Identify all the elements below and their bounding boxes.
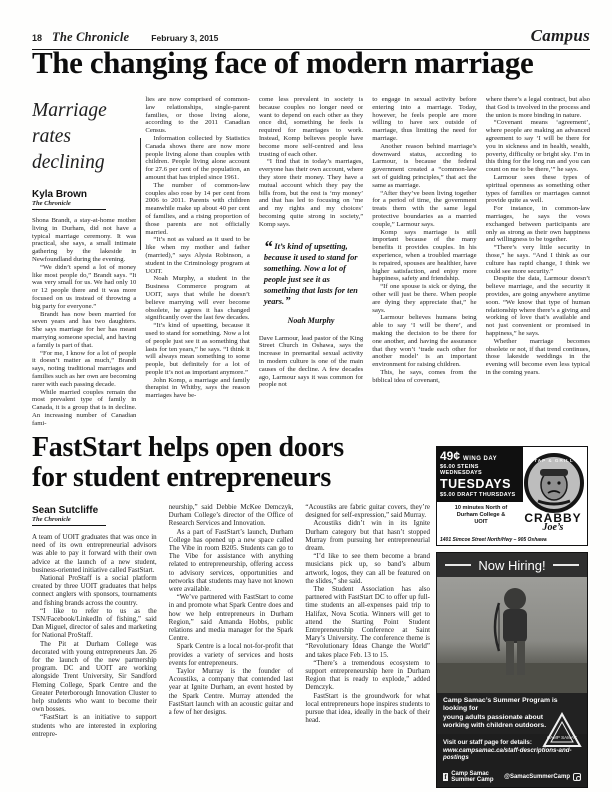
paragraph: “I’d like to see them become a brand mus… xyxy=(305,552,430,585)
joes-wordmark: Joe’s xyxy=(525,522,581,533)
paragraph: Spark Centre is a local not-for-profit t… xyxy=(169,642,294,667)
counselor-silhouette-icon xyxy=(437,577,588,693)
paragraph: “It’s kind of upsetting, because it used… xyxy=(145,322,249,377)
paragraph: Dave Larmour, lead pastor of the King St… xyxy=(259,335,363,390)
steins-special: $6.00 STEINS WEDNESDAYS xyxy=(440,464,520,476)
paragraph: Taylor Murray is the founder of Acoustik… xyxy=(169,667,294,716)
camp-samac-ad: Now Hiring! Camp Samac’s Summer Program … xyxy=(436,552,588,788)
article2-column-2: neurship,” said Debbie McKee Demczyk, Du… xyxy=(169,503,294,788)
paragraph: While married couples remain the most pr… xyxy=(32,389,136,428)
wing-day-special: 49¢ WING DAY xyxy=(440,449,520,463)
paragraph: “There’s very little security in those,”… xyxy=(486,244,590,275)
page-number: 18 xyxy=(32,33,42,43)
instagram-icon xyxy=(573,773,581,781)
issue-date: February 3, 2015 xyxy=(151,33,218,43)
column-divider xyxy=(140,138,141,250)
article1-column-4: to engage in sexual activity before ente… xyxy=(372,96,476,432)
newspaper-page: 18 The Chronicle February 3, 2015 Campus… xyxy=(0,0,612,792)
article-text-column: Dave Larmour, lead pastor of the King St… xyxy=(259,335,363,390)
paragraph: Larmour sees these types of spiritual op… xyxy=(486,174,590,205)
paragraph: “FastStart is an initiative to support s… xyxy=(32,713,157,738)
draft-special: $5.00 DRAFT THURSDAYS xyxy=(440,492,520,498)
paragraph: “There’s a tremendous ecosystem to suppo… xyxy=(305,659,430,692)
article2-headline-line2: for student entrepreneurs xyxy=(32,462,331,493)
article2-column-3: “Acoustiks are fabric guitar covers, the… xyxy=(305,503,430,788)
paragraph: Larmour believes humans being able to sa… xyxy=(372,314,476,369)
pull-quote-attribution: Noah Murphy xyxy=(264,316,358,325)
paragraph: National ProStaff is a social platform c… xyxy=(32,574,157,607)
now-hiring-banner: Now Hiring! xyxy=(437,553,587,577)
paragraph: For instance, in common-law marriages, h… xyxy=(486,205,590,244)
byline-author: Kyla Brown xyxy=(32,189,106,200)
paragraph: The Pit at Durham College was decorated … xyxy=(32,640,157,714)
paragraph: Shona Brandt, a stay-at-home mother livi… xyxy=(32,217,136,264)
camp-samac-badge-icon: CAMP SAMAC xyxy=(542,712,582,750)
paragraph: As a part of FastStart’s launch, Durham … xyxy=(169,528,294,594)
article1-body: Marriage rates declining Kyla Brown The … xyxy=(32,96,590,432)
pull-quote-text: It’s kind of upsetting, because it used … xyxy=(264,241,358,307)
camp-social-row: f Camp Samac Summer Camp @SamacSummerCam… xyxy=(443,771,581,783)
byline-author: Sean Sutcliffe xyxy=(32,505,106,516)
instagram-handle: @SamacSummerCamp xyxy=(504,773,581,781)
article1-byline: Kyla Brown The Chronicle xyxy=(32,189,106,210)
article-text-column: Shona Brandt, a stay-at-home mother livi… xyxy=(32,217,136,428)
paragraph: “I like to refer to us as the TSN/Facebo… xyxy=(32,607,157,640)
camp-details: Visit our staff page for details: www.ca… xyxy=(437,734,587,761)
paragraph: FastStart is the groundwork for what loc… xyxy=(305,692,430,725)
crabby-specials-panel: 49¢ WING DAY $6.00 STEINS WEDNESDAYS TUE… xyxy=(437,447,523,502)
paragraph: neurship,” said Debbie McKee Demczyk, Du… xyxy=(169,503,294,528)
paragraph: “It’s not as valued as it used to be lik… xyxy=(145,236,249,275)
crabby-location-text: 10 minutes North of Durham College & UOI… xyxy=(440,505,522,526)
paragraph: “For me, I know for a lot of people it d… xyxy=(32,350,136,389)
paragraph: John Komp, a marriage and family therapi… xyxy=(145,377,249,400)
article1-column-2: lies are now comprised of common-law rel… xyxy=(145,96,249,432)
byline-organization: The Chronicle xyxy=(32,516,106,523)
tap-and-grill-label: TAP & GRILL xyxy=(528,458,580,463)
paragraph: Despite the data, Larmour doesn’t believ… xyxy=(486,275,590,337)
section-label: Campus xyxy=(531,26,590,46)
paragraph: “I find that in today’s marriages, every… xyxy=(259,158,363,228)
publication-name: The Chronicle xyxy=(52,30,129,45)
paragraph: A team of UOIT graduates that was once i… xyxy=(32,533,157,574)
article2-headline-line1: FastStart helps open doors xyxy=(32,432,344,463)
facebook-label: Camp Samac Summer Camp xyxy=(451,771,504,783)
article-text-column: come less prevalent in society is becaus… xyxy=(259,96,363,229)
tuesday-label: TUESDAYS xyxy=(440,477,520,491)
article2-body: Sean Sutcliffe The Chronicle A team of U… xyxy=(32,503,430,788)
article1-column-3: come less prevalent in society is becaus… xyxy=(259,96,363,432)
paragraph: Noah Murphy, a student in the Business C… xyxy=(145,275,249,322)
article1-column-1: Marriage rates declining Kyla Brown The … xyxy=(32,96,136,432)
article2-column-1: Sean Sutcliffe The Chronicle A team of U… xyxy=(32,503,157,788)
paragraph: lies are now comprised of common-law rel… xyxy=(145,96,249,135)
crabby-joes-logo-icon: TAP & GRILL xyxy=(524,453,584,513)
article2-headline: FastStart helps open doors for student e… xyxy=(32,433,434,493)
article1-column-5: where there’s a legal contract, but also… xyxy=(486,96,590,432)
pull-quote: It’s kind of upsetting, because it used … xyxy=(261,239,361,327)
paragraph: Komp says marriage is still important be… xyxy=(372,229,476,284)
wing-label: WING DAY xyxy=(463,456,497,462)
paragraph: “After they’ve been living together for … xyxy=(372,190,476,229)
paragraph: “Acoustiks are fabric guitar covers, the… xyxy=(305,503,430,519)
paragraph: The number of common-law couples also ro… xyxy=(145,182,249,237)
byline-organization: The Chronicle xyxy=(32,200,106,207)
paragraph: Brandt has now been married for seven ye… xyxy=(32,311,136,350)
paragraph: “We didn’t spend a lot of money like mos… xyxy=(32,264,136,311)
svg-text:CAMP SAMAC: CAMP SAMAC xyxy=(547,735,578,740)
crabby-face-icon xyxy=(528,465,580,509)
article2-byline: Sean Sutcliffe The Chronicle xyxy=(32,505,106,526)
paragraph: “If one spouse is sick or dying, the oth… xyxy=(372,283,476,314)
article-text-column: A team of UOIT graduates that was once i… xyxy=(32,533,157,738)
crabby-joes-ad: 49¢ WING DAY $6.00 STEINS WEDNESDAYS TUE… xyxy=(436,446,588,546)
facebook-icon: f xyxy=(443,773,448,781)
camp-counselor-photo xyxy=(437,577,587,693)
paragraph: “Covenant means ‘agreement’, where peopl… xyxy=(486,119,590,174)
paragraph: where there’s a legal contract, but also… xyxy=(486,96,590,119)
instagram-label: @SamacSummerCamp xyxy=(504,774,570,780)
paragraph: to engage in sexual activity before ente… xyxy=(372,96,476,143)
paragraph: Another reason behind marriage’s downwar… xyxy=(372,143,476,190)
wing-price: 49¢ xyxy=(440,449,460,463)
paragraph: Information collected by Statistics Cana… xyxy=(145,135,249,182)
paragraph: “We’ve partnered with FastStart to come … xyxy=(169,593,294,642)
paragraph: The Student Association has also partner… xyxy=(305,585,430,659)
article1-headline: The changing face of modern marriage xyxy=(32,45,590,81)
paragraph: Whether marriage becomes obsolete or not… xyxy=(486,338,590,377)
crabby-address: 1401 Simcoe Street North/Hwy – 905 Oshaw… xyxy=(440,537,586,543)
paragraph: come less prevalent in society is becaus… xyxy=(259,96,363,158)
standfirst: Marriage rates declining xyxy=(32,96,136,176)
facebook-handle: f Camp Samac Summer Camp xyxy=(443,771,504,783)
paragraph: Acoustiks didn’t win in its Ignite Durha… xyxy=(305,519,430,552)
paragraph: This, he says, comes from the biblical i… xyxy=(372,369,476,385)
